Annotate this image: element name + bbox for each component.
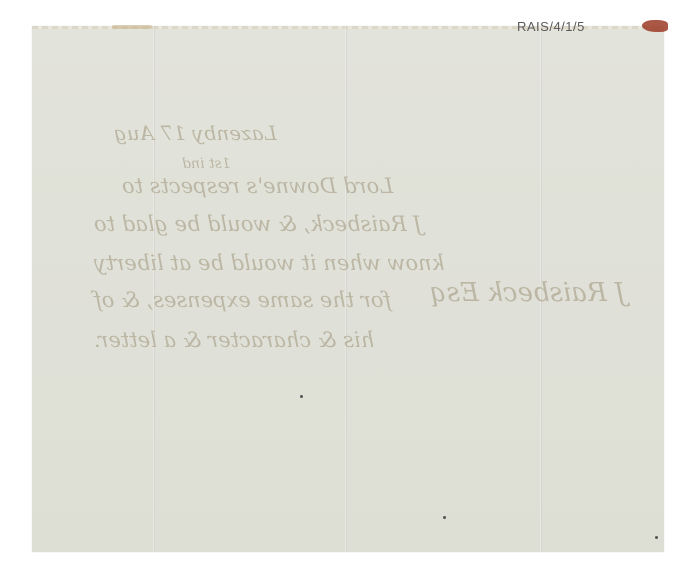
mirrored-body-line-3: know when it would be at liberty xyxy=(94,251,444,275)
paper-discoloration xyxy=(112,25,152,29)
mirrored-body-line-5: his & character & a letter. xyxy=(94,328,374,352)
mirrored-body-line-2: J Raisbeck, & would be glad to xyxy=(94,212,422,236)
letter-paper: Lazenby 17 Aug 1st ind Lord Downe's resp… xyxy=(32,26,664,552)
archive-reference-label: RAIS/4/1/5 xyxy=(517,19,585,34)
ink-speck xyxy=(655,536,658,539)
wax-seal-remnant xyxy=(642,20,668,32)
mirrored-body-line-1: Lord Downe's respects to xyxy=(122,174,393,198)
mirrored-addressee: J Raisbeck Esq xyxy=(430,278,626,308)
ink-speck xyxy=(443,516,446,519)
mirrored-dateline: Lazenby 17 Aug xyxy=(114,121,277,145)
mirrored-body-line-4: for the same expenses, & of xyxy=(94,288,391,312)
ink-speck xyxy=(300,395,303,398)
mirrored-dateline-sub: 1st ind xyxy=(182,156,231,172)
